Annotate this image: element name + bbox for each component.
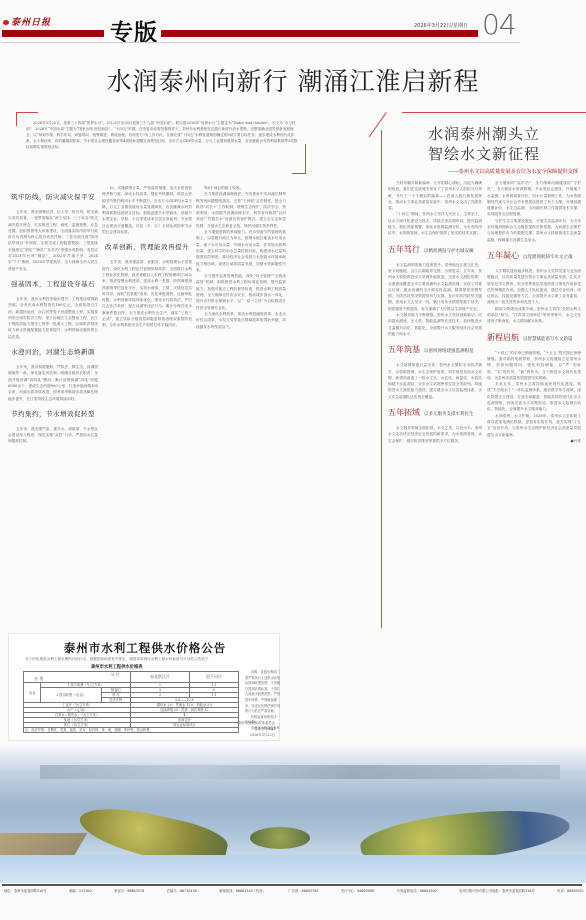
photo-river bbox=[0, 855, 586, 883]
paragraph: 五年来，我市积极履职，严执法、修生态，河湖面貌焕然一新。深化落实河长制，明确各级… bbox=[8, 364, 98, 402]
subheading-keyword: 五年凝心 bbox=[487, 251, 519, 260]
article-column-3: 等6个项目的竣工验收。全力推进河湖治理保护，突出抓好中央河湖长制考核发现问题整改… bbox=[196, 185, 286, 630]
section-subheading: 五年筑基以密织网络建强监测根基 bbox=[388, 345, 482, 356]
footer-item: 发行中心：86603988 bbox=[341, 888, 374, 893]
subheading-tagline: 以党建领航铸牢水文之魂 bbox=[523, 255, 573, 260]
photo-skyline bbox=[40, 765, 560, 779]
paragraph: 水润泰州，水文护航。2026年，泰州水文全体职工将以更加饱满的热情、更加务实的作… bbox=[487, 413, 581, 438]
feature-column-2: 全力履职的“监护员”，全力保障河湖健康的“守护员”，全力做好水资源管理，节水型社… bbox=[487, 180, 581, 760]
page-number: 04 bbox=[482, 8, 516, 41]
table-cell: 2.按亩收费（元/亩） bbox=[41, 688, 101, 703]
page-headline: 水润泰州向新行 潮涌江淮启新程 bbox=[0, 62, 586, 98]
subheading-keyword: 五年拓域 bbox=[388, 408, 420, 417]
footer-item: 邮编：225300 bbox=[69, 888, 91, 893]
paragraph: “十四五”期间，泰州水文坚持人民至上、生命至上，以水文现代化建设为抓手，持续完善… bbox=[388, 211, 482, 236]
footer-item: 泰州日报印务有限公司地址：泰州市迎春西路318号 bbox=[459, 888, 535, 893]
feature-title-line-1: 水润泰州潮头立 bbox=[382, 124, 586, 144]
article-column-2: 标，实施精准计量，严格监管措施，加大水资源管理考核力度。深化水权改革，强化考核激… bbox=[102, 185, 192, 630]
paragraph: 五年来，我市水利投资稳步提升，工程建设取得新突破。全市完成水利投资约100亿元，… bbox=[8, 296, 98, 340]
header-col3: 里下河片 bbox=[190, 672, 239, 683]
footer-item: 广告部：86603789 bbox=[288, 888, 318, 893]
paragraph: “十四五”的乐章已圆满奏响，“十五五”的宏图正徐徐铺展。面对新的发展形势，泰州水… bbox=[487, 350, 581, 381]
paragraph: 全力深化水利改革，推动水利投融资改革、农业水价综合改革、水权交易等重点领域改革取… bbox=[196, 311, 286, 330]
price-notice: 泰州市水利工程供水价格公告 为了切实规范水利工程水费的计收行为，根据国家和省有关… bbox=[8, 633, 280, 741]
footer-item: 总编办：86710438 bbox=[167, 888, 197, 893]
feature-frame-top-line bbox=[402, 112, 586, 113]
aerial-river-photo bbox=[0, 743, 586, 883]
section-subheading: 新程启航以智慧赋能谱写水文新篇 bbox=[487, 333, 581, 344]
logo-text: 泰州日报 bbox=[11, 18, 51, 28]
table-row: 注：经济作物：含棉花、瓜果、蔬菜、花卉、经济林、茶、桑、苗圃、茶叶等。按亩收费。 bbox=[24, 728, 239, 733]
feature-divider-line bbox=[381, 130, 382, 628]
masthead-bar-left bbox=[2, 30, 104, 37]
paragraph: 标，实施精准计量，严格监管措施，加大水资源管理考核力度。深化水权改革，强化考核激… bbox=[102, 185, 192, 235]
paragraph: 水文监测预报能力显著提升。泰州地处江淮交汇处，里下河腹地、沿江沿湖地带交错，水情… bbox=[388, 262, 482, 312]
issue-date: 2026年3月22日/星期日 bbox=[414, 22, 468, 29]
newspaper-logo: 泰州日报 bbox=[3, 15, 51, 28]
article-column-1: 筑牢防线，防灾减灾保平安五年来，我市统筹抗洪、抗大旱、防台风，防灾减灾成效显著。… bbox=[8, 185, 98, 630]
subheading-tagline: 以密织网络建强监测根基 bbox=[424, 349, 474, 354]
page-footer: 地址：泰州市迎春西路318号邮编：225300案部办：86603578总编办：8… bbox=[4, 888, 584, 893]
subheading-keyword: 新程启航 bbox=[487, 333, 519, 342]
feature-column-1: 当时序翻开崭新篇章，五年的精心耕耘，沉淀为满满的收获。我们在这座城市里写下了泰州… bbox=[388, 180, 482, 760]
header-category: 分 类 bbox=[34, 677, 43, 681]
paragraph: 守护生态文明建设底色，开展生态监测评价，为全市水环境治理和水生态修复提供决策依据… bbox=[487, 218, 581, 243]
paragraph: 全力履职的“监护员”，全力保障河湖健康的“守护员”，全力做好水资源管理，节水型社… bbox=[487, 180, 581, 218]
paragraph: 全力增强资源的承载能力。在水资源节约管理的基础上，以县级行政区为单元，统筹本地区… bbox=[196, 229, 286, 273]
paragraph: 五年来，我市强约束、重节水、深改革，节水型社会建设深入推进，深化实施“双控”行动… bbox=[8, 426, 98, 445]
section-subheading: 五年凝心以党建领航铸牢水文之魂 bbox=[487, 251, 581, 262]
footer-rule bbox=[2, 884, 582, 886]
feature-title-line-2: 智绘水文新征程 bbox=[382, 144, 586, 164]
feature-frame bbox=[382, 112, 586, 114]
table-caption: 泰州市水利工程供水价格表 bbox=[91, 664, 143, 670]
paragraph: 水文服务能力不断增强。泰州水文坚持创新驱动，应用雷达测流、无人机、智能监测等先进… bbox=[388, 312, 482, 337]
section-subheading: 五年拓域以多元服务支撑水利民生 bbox=[388, 408, 482, 419]
photo-island-middle bbox=[250, 827, 310, 849]
notice-title: 泰州市水利工程供水价格公告 bbox=[9, 640, 281, 656]
paragraph: 五年来，我市统筹抗洪、抗大旱、防台风，防灾减灾成效显著。一是贯彻落实“两个坚持、… bbox=[8, 209, 98, 272]
subheading-tagline: 以智慧赋能谱写水文新篇 bbox=[523, 337, 573, 342]
notice-signer-2: 泰州市水利局 bbox=[255, 726, 275, 731]
table-header-diag: 分 类 分 片 bbox=[24, 672, 131, 683]
masthead: 泰州日报 专版 2026年3月22日/星期日 04 bbox=[0, 0, 586, 50]
header-col2: 苏北供江片 bbox=[130, 672, 189, 683]
section-subheading: 水澄河治，河湖生态焕新颜 bbox=[8, 348, 98, 357]
footer-item: 地址：泰州市迎春西路318号 bbox=[4, 888, 47, 893]
masthead-bar-right bbox=[161, 30, 478, 37]
notice-signer: 泰州市发展和改革委员会 bbox=[238, 720, 275, 725]
subheading-keyword: 五年笃行 bbox=[388, 245, 420, 254]
paragraph: 水文服务领域全面拓展。水文之责，以民为本。泰州水文主动适应经济社会发展的新需求，… bbox=[388, 425, 482, 444]
intro-box: 2026年3月22日，是第三十四届“世界水日”，3月22日至28日是第三十九届“… bbox=[16, 112, 306, 174]
masthead-rule bbox=[2, 42, 520, 43]
paragraph: 全力提升监督管理效能，深化“四全管理”“全链条监管”机制，积极推进水利工程标准化… bbox=[196, 273, 286, 311]
section-subheading: 节约集约，节水增效促转型 bbox=[8, 410, 98, 419]
paragraph: 五年来，我市强监管、优服务，水利管理水平显著提升。深化水利工程运行管理体制改革，… bbox=[102, 259, 192, 328]
table-cell: 农业 bbox=[24, 683, 41, 703]
footer-item: 行风监督电话：86603500 bbox=[397, 888, 437, 893]
header-area: 分 片 bbox=[111, 673, 120, 677]
subheading-keyword: 五年筑基 bbox=[388, 345, 420, 354]
notice-date: 2026年3月22日 bbox=[250, 732, 275, 737]
intro-text: 2026年3月22日，是第三十四届“世界水日”，3月22日至28日是第三十九届“… bbox=[26, 120, 298, 150]
notice-intro: 为了切实规范水利工程水费的计收行为，根据国家和省有关规定，现将本市现行水利工程水… bbox=[25, 657, 279, 662]
footer-item: 电话：86883051 bbox=[557, 888, 584, 893]
section-subheading: 强基固本，工程建设夯基石 bbox=[8, 280, 98, 289]
feature-subtitle: ——泰州水文以高质量发展多方位为水安全保障提供支撑 bbox=[392, 168, 578, 175]
byline: ●丹青 bbox=[487, 438, 581, 444]
subheading-tagline: 以精准测报守护水城安澜 bbox=[424, 249, 474, 254]
paragraph: 未来五年，泰州水文将持续加快现代化建设，构建“天空地水工”一体化监测体系，建设数… bbox=[487, 381, 581, 412]
paragraph: 全力推进河湖治理保护，突出抓好中央河湖长制考核发现问题整改落实。完善“千河联”定… bbox=[196, 191, 286, 229]
notice-note-text: 说明：各级水利部门要严格执行上述供水价格标准和收费范围，不得擅自提高收费标准，不… bbox=[245, 670, 281, 715]
paragraph: 当时序翻开崭新篇章，五年的精心耕耘，沉淀为满满的收获。我们在这座城市里写下了泰州… bbox=[388, 180, 482, 211]
section-subheading: 筑牢防线，防灾减灾保平安 bbox=[8, 193, 98, 202]
section-subheading: 五年笃行以精准测报守护水城安澜 bbox=[388, 245, 482, 256]
footer-item: 新闻热线：86601328（传真） bbox=[219, 888, 265, 893]
price-table: 分 类 分 片 苏北供江片 里下河片 农业 1.按方收费（分/立方米） 1 1.… bbox=[23, 671, 239, 733]
subheading-tagline: 以多元服务支撑水利民生 bbox=[424, 412, 474, 417]
paragraph: 水文站网体系日益完善。泰州水文紧扣全市防洪减灾、水资源管理、水生态保护需求，科学… bbox=[388, 362, 482, 400]
section-subheading: 改革创新，管理能效再提升 bbox=[102, 243, 192, 252]
table-header-row: 分 类 分 片 苏北供江片 里下河片 bbox=[24, 672, 239, 683]
table-footnote: 注：经济作物：含棉花、瓜果、蔬菜、花卉、经济林、茶、桑、苗圃、茶叶等。按亩收费。 bbox=[24, 728, 239, 733]
logo-emblem-icon bbox=[3, 20, 9, 25]
paragraph: 人才精队建设稳步推进。泰州水文坚持党建与业务深度融合，以高质量党建引领水文事业高… bbox=[487, 268, 581, 306]
paragraph: 精神文明建设成果丰硕。泰州水文获得“全国水利文明单位”称号，“江苏省文明单位”等… bbox=[487, 306, 581, 325]
feature-title: 水润泰州潮头立 智绘水文新征程 bbox=[382, 124, 586, 164]
footer-item: 案部办：86603578 bbox=[114, 888, 144, 893]
